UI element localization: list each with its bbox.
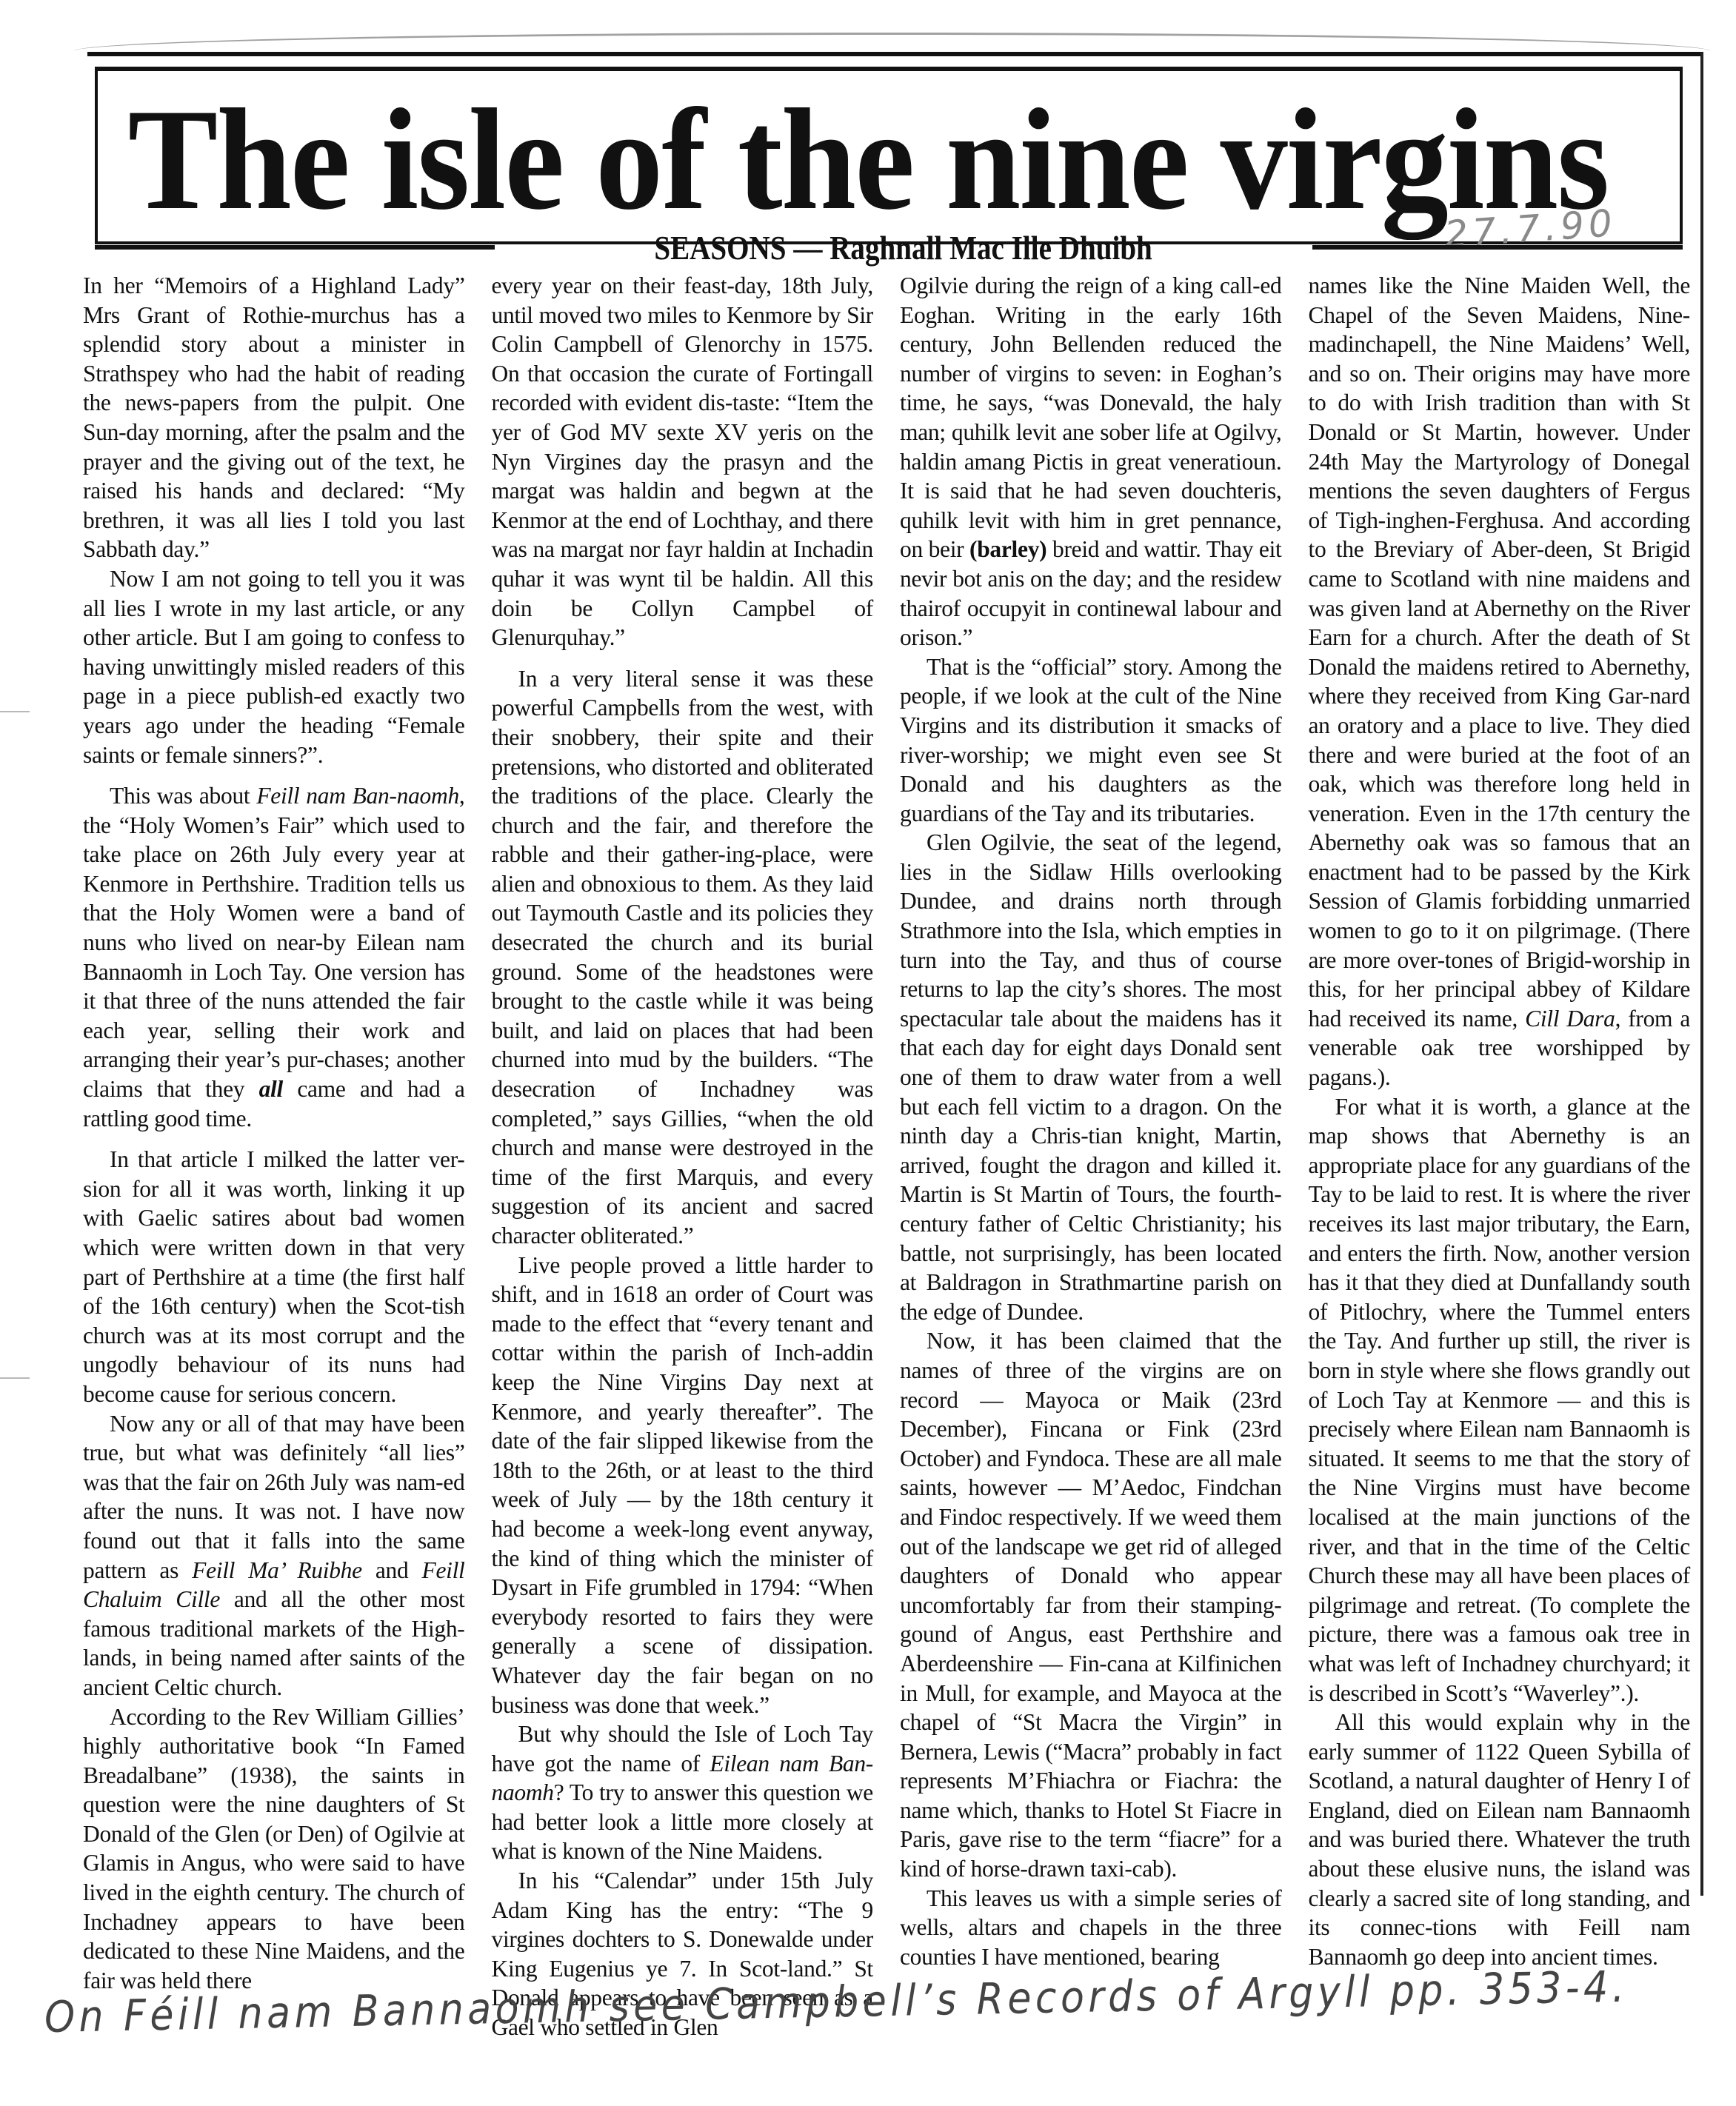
paragraph: In a very literal sense it was these pow…	[492, 664, 874, 1251]
paragraph: All this would explain why in the early …	[1309, 1708, 1691, 1971]
paragraph: This was about Feill nam Ban-naomh, the …	[83, 781, 465, 1133]
paragraph: For what it is worth, a glance at the ma…	[1309, 1092, 1691, 1708]
paragraph: every year on their feast-day, 18th July…	[492, 271, 874, 652]
paragraph: This leaves us with a simple series of w…	[900, 1884, 1282, 1972]
paragraph: Glen Ogilvie, the seat of the legend, li…	[900, 828, 1282, 1326]
paragraph: In that article I milked the latter ver-…	[83, 1145, 465, 1408]
paragraph: In her “Memoirs of a Highland Lady” Mrs …	[83, 271, 465, 564]
scan-margin-mark	[0, 711, 30, 712]
column-3: Ogilvie during the reign of a king call-…	[900, 271, 1282, 2042]
byline-rule-right	[1312, 245, 1683, 250]
byline-row: SEASONS — Raghnall Mac Ille Dhuibh	[95, 227, 1683, 268]
article-body: In her “Memoirs of a Highland Lady” Mrs …	[83, 271, 1690, 1900]
paragraph: Now I am not going to tell you it was al…	[83, 564, 465, 769]
scan-edge-curl	[74, 33, 1711, 51]
byline: SEASONS — Raghnall Mac Ille Dhuibh	[655, 228, 1152, 267]
paragraph: names like the Nine Maiden Well, the Cha…	[1309, 271, 1691, 1092]
top-rule	[87, 52, 1702, 56]
column-4: names like the Nine Maiden Well, the Cha…	[1309, 271, 1691, 2042]
paragraph: Now any or all of that may have been tru…	[83, 1409, 465, 1702]
paragraph: But why should the Isle of Loch Tay have…	[492, 1719, 874, 1866]
byline-rule-left	[95, 245, 495, 250]
headline: The isle of the nine virgins	[61, 87, 1675, 233]
paragraph: Ogilvie during the reign of a king call-…	[900, 271, 1282, 652]
paragraph: That is the “official” story. Among the …	[900, 652, 1282, 829]
column-1: In her “Memoirs of a Highland Lady” Mrs …	[83, 271, 465, 2042]
paragraph: According to the Rev William Gillies’ hi…	[83, 1702, 465, 1996]
column-2: every year on their feast-day, 18th July…	[492, 271, 874, 2042]
scan-margin-mark	[0, 1377, 30, 1379]
right-border-rule	[1700, 52, 1703, 1896]
paragraph: Now, it has been claimed that the names …	[900, 1326, 1282, 1883]
paragraph: Live people proved a little harder to sh…	[492, 1251, 874, 1720]
